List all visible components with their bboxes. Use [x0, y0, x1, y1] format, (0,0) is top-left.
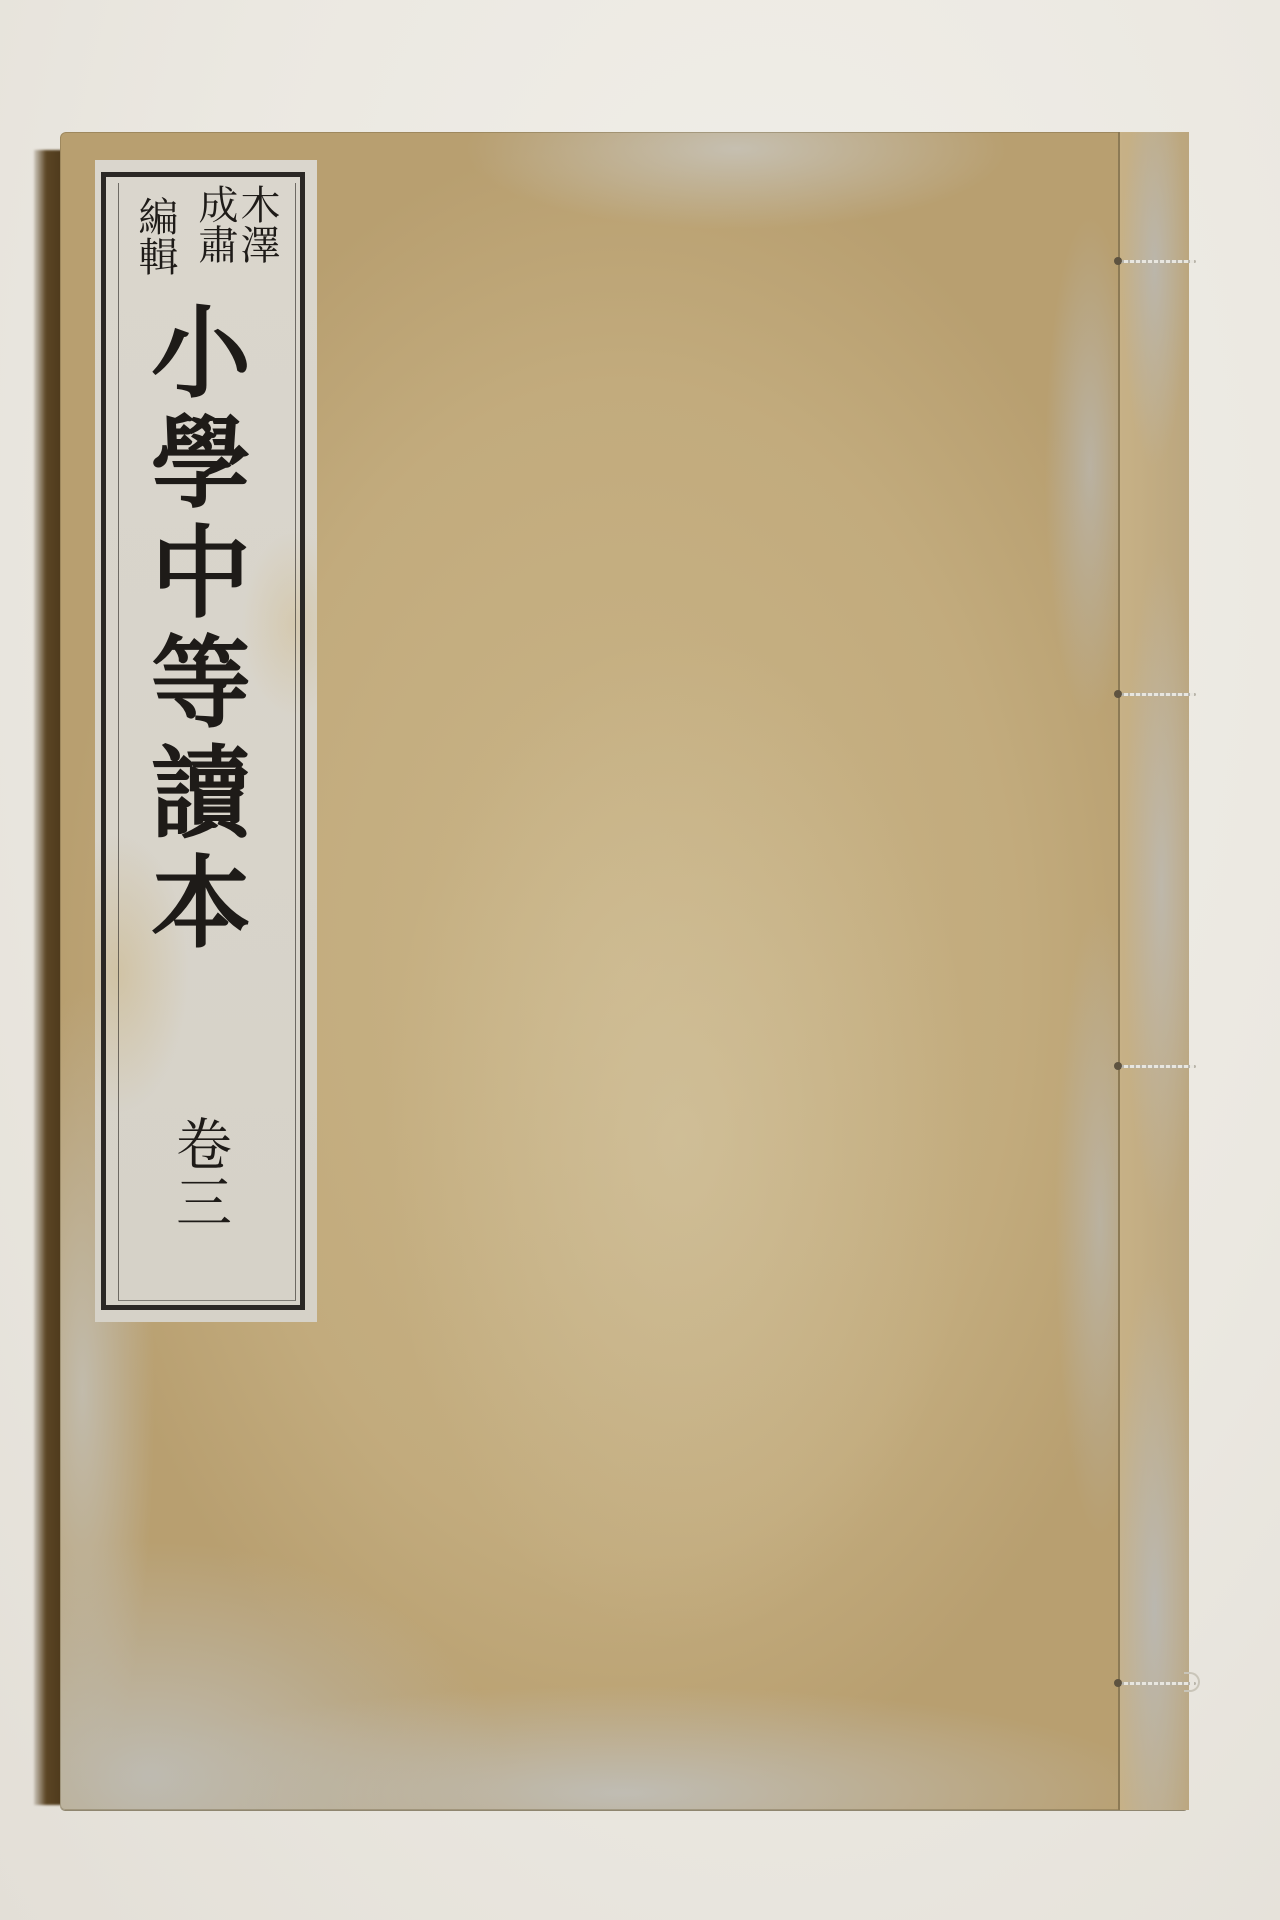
book-title: 小學中等讀本 [143, 300, 243, 960]
stitch-knot-icon [1114, 1679, 1122, 1687]
editor-credit: 編輯 [135, 196, 175, 276]
spine-band [1118, 132, 1189, 1810]
cover-wear [1020, 132, 1120, 1810]
stitch-knot-icon [1114, 1062, 1122, 1070]
binding-stitch [1118, 1065, 1196, 1068]
title-label-slip: 木澤 成肅 編輯 小學中等讀本 卷三 [95, 160, 317, 1322]
stitch-knot-icon [1114, 690, 1122, 698]
binding-stitch [1118, 693, 1196, 696]
author-given-name: 成肅 [195, 184, 235, 264]
volume-number: 卷三 [171, 1115, 227, 1231]
binding-stitch [1118, 260, 1196, 263]
author-surname: 木澤 [237, 184, 277, 264]
stitch-knot-icon [1114, 257, 1122, 265]
thread-loop [1184, 1672, 1200, 1692]
